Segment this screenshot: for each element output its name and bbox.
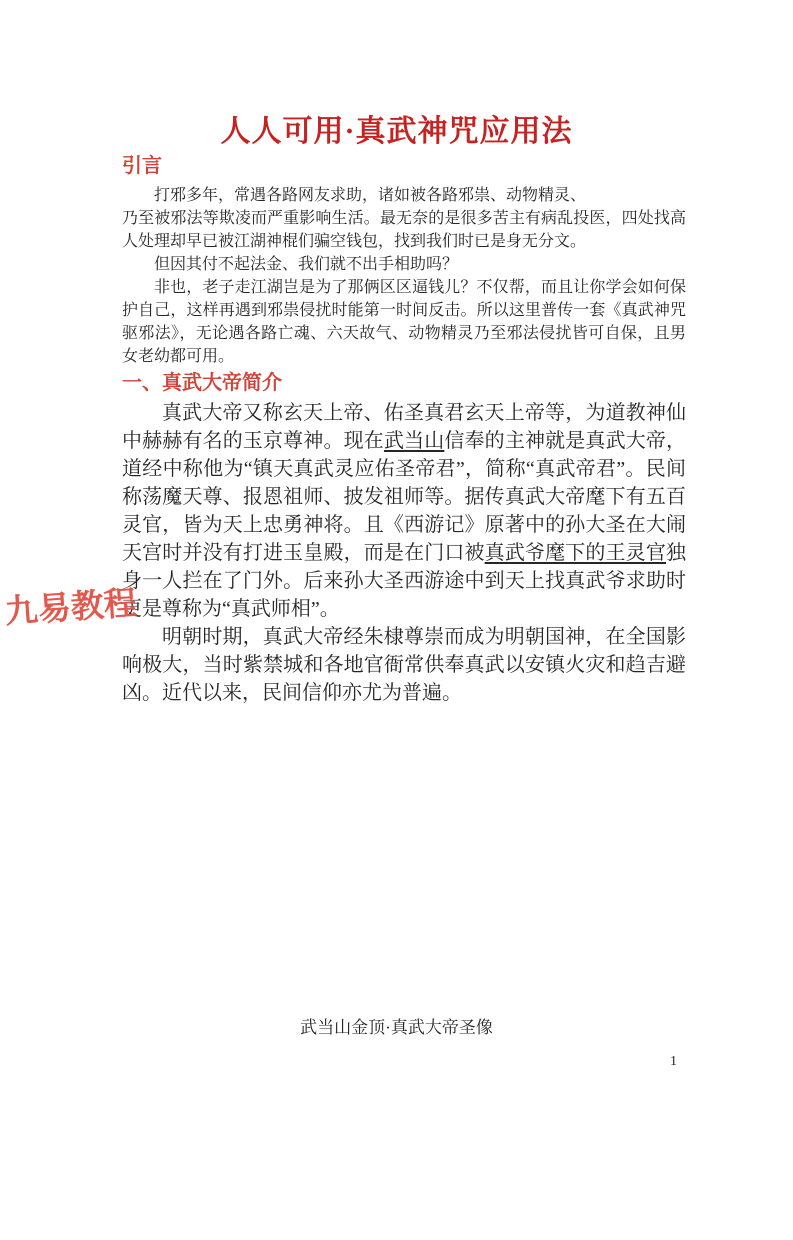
section-heading: 一、真武大帝简介 [122, 372, 686, 395]
underlined-text: 武当山 [384, 430, 444, 452]
paragraph: 打邪多年，常遇各路网友求助，诸如被各路邪祟、动物精灵、 乃至被邪法等欺凌而严重影… [122, 184, 686, 253]
image-caption: 武当山金顶·真武大帝圣像 [0, 1013, 793, 1038]
text-run: 明朝时期，真武大帝经朱棣尊崇而成为明朝国神，在全国影响极大，当时紫禁城和各地官衙… [122, 626, 686, 704]
text-run: 打邪多年，常遇各路网友求助，诸如被各路邪祟、动物精灵、 乃至被邪法等欺凌而严重影… [122, 187, 686, 250]
paragraph: 但因其付不起法金、我们就不出手相助吗？ [122, 253, 686, 276]
document-title: 人人可用·真武神咒应用法 [0, 0, 793, 152]
underlined-text: 真武爷麾下的王灵官 [485, 542, 666, 564]
document-body: 引言打邪多年，常遇各路网友求助，诸如被各路邪祟、动物精灵、 乃至被邪法等欺凌而严… [0, 155, 793, 707]
paragraph: 明朝时期，真武大帝经朱棣尊崇而成为明朝国神，在全国影响极大，当时紫禁城和各地官衙… [122, 623, 686, 707]
section: 引言打邪多年，常遇各路网友求助，诸如被各路邪祟、动物精灵、 乃至被邪法等欺凌而严… [122, 155, 686, 368]
paragraph: 真武大帝又称玄天上帝、佑圣真君玄天上帝等，为道教神仙中赫赫有名的玉京尊神。现在武… [122, 399, 686, 623]
paragraph: 非也，老子走江湖岂是为了那俩区区逼钱儿？不仅帮，而且让你学会如何保护自己，这样再… [122, 276, 686, 368]
section-heading: 引言 [122, 155, 686, 178]
section: 一、真武大帝简介真武大帝又称玄天上帝、佑圣真君玄天上帝等，为道教神仙中赫赫有名的… [122, 372, 686, 707]
document-page: 人人可用·真武神咒应用法 引言打邪多年，常遇各路网友求助，诸如被各路邪祟、动物精… [0, 0, 793, 1240]
text-run: 非也，老子走江湖岂是为了那俩区区逼钱儿？不仅帮，而且让你学会如何保护自己，这样再… [122, 279, 686, 365]
text-run: 但因其付不起法金、我们就不出手相助吗？ [154, 256, 458, 273]
page-number: 1 [670, 1054, 677, 1070]
